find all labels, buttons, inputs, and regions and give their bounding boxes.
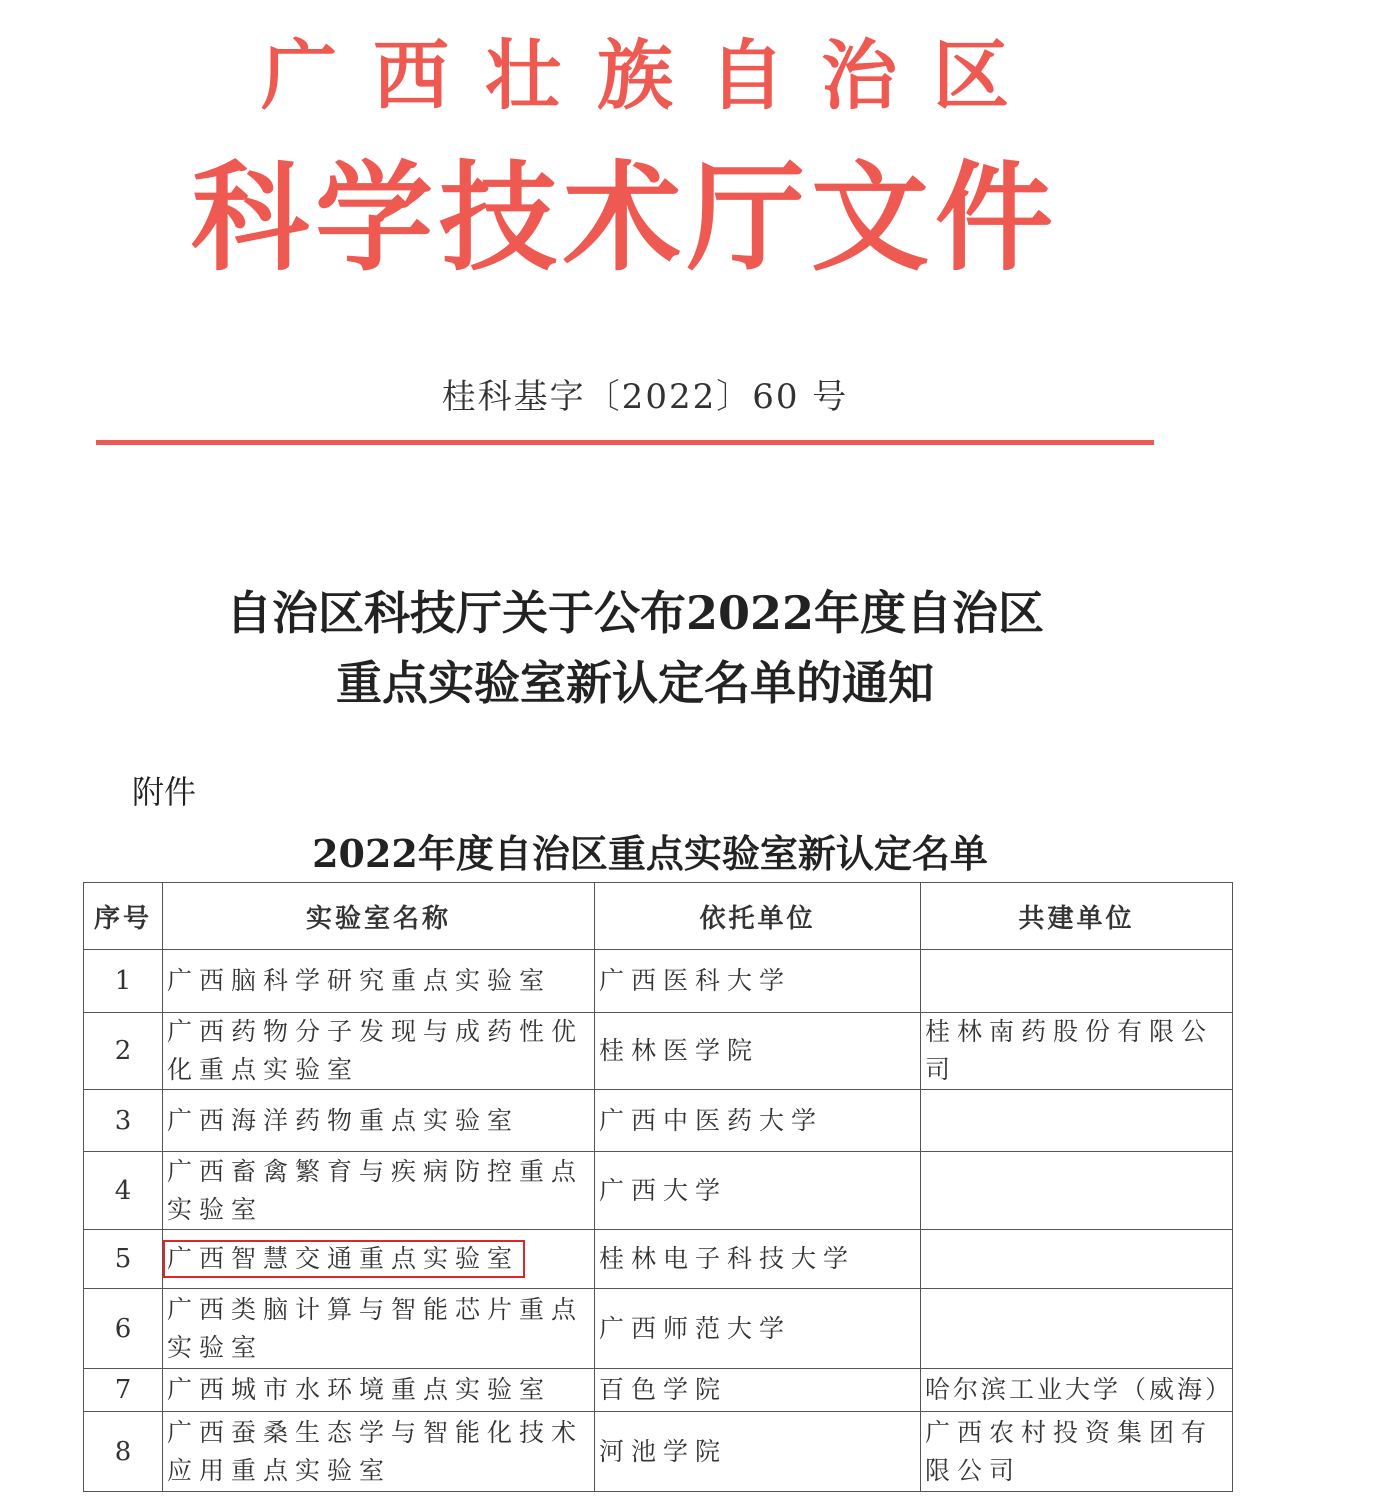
highlighted-lab-name: 广西智慧交通重点实验室 <box>163 1240 525 1278</box>
table-row-highlighted: 5 广西智慧交通重点实验室 桂林电子科技大学 <box>84 1230 1233 1289</box>
host-unit: 广西大学 <box>595 1152 921 1230</box>
row-number: 8 <box>84 1412 163 1492</box>
list-title: 2022年度自治区重点实验室新认定名单 <box>150 826 1150 882</box>
host-unit: 广西医科大学 <box>595 950 921 1013</box>
lab-name: 广西类脑计算与智能芯片重点实验室 <box>163 1289 595 1369</box>
host-unit: 桂林电子科技大学 <box>595 1230 921 1289</box>
row-number: 5 <box>84 1230 163 1289</box>
lab-list-table: 序号 实验室名称 依托单位 共建单位 1 广西脑科学研究重点实验室 广西医科大学… <box>83 882 1233 1492</box>
lab-name: 广西城市水环境重点实验室 <box>163 1369 595 1412</box>
lab-name: 广西药物分子发现与成药性优化重点实验室 <box>163 1013 595 1090</box>
issuing-authority-heading: 广西壮族自治区 <box>0 28 1278 124</box>
host-unit: 百色学院 <box>595 1369 921 1412</box>
table-row: 2 广西药物分子发现与成药性优化重点实验室 桂林医学院 桂林南药股份有限公司 <box>84 1013 1233 1090</box>
column-header-lab-name: 实验室名称 <box>163 883 595 950</box>
red-divider-rule <box>96 440 1154 445</box>
table-row: 6 广西类脑计算与智能芯片重点实验室 广西师范大学 <box>84 1289 1233 1369</box>
lab-name: 广西畜禽繁育与疾病防控重点实验室 <box>163 1152 595 1230</box>
row-number: 1 <box>84 950 163 1013</box>
row-number: 6 <box>84 1289 163 1369</box>
row-number: 3 <box>84 1090 163 1152</box>
row-number: 7 <box>84 1369 163 1412</box>
partner-unit: 哈尔滨工业大学（威海） <box>921 1369 1233 1412</box>
table-row: 4 广西畜禽繁育与疾病防控重点实验室 广西大学 <box>84 1152 1233 1230</box>
row-number: 2 <box>84 1013 163 1090</box>
partner-unit <box>921 1090 1233 1152</box>
table-row: 8 广西蚕桑生态学与智能化技术应用重点实验室 河池学院 广西农村投资集团有限公司 <box>84 1412 1233 1492</box>
partner-unit <box>921 1230 1233 1289</box>
lab-name-cell: 广西智慧交通重点实验室 <box>163 1230 595 1289</box>
document-type-heading: 科学技术厅文件 <box>0 148 1250 288</box>
partner-unit <box>921 1152 1233 1230</box>
host-unit: 广西师范大学 <box>595 1289 921 1369</box>
table-header-row: 序号 实验室名称 依托单位 共建单位 <box>84 883 1233 950</box>
column-header-no: 序号 <box>84 883 163 950</box>
lab-name: 广西海洋药物重点实验室 <box>163 1090 595 1152</box>
partner-unit <box>921 1289 1233 1369</box>
column-header-partner-unit: 共建单位 <box>921 883 1233 950</box>
table-row: 1 广西脑科学研究重点实验室 广西医科大学 <box>84 950 1233 1013</box>
row-number: 4 <box>84 1152 163 1230</box>
host-unit: 广西中医药大学 <box>595 1090 921 1152</box>
partner-unit <box>921 950 1233 1013</box>
notice-title-line-2: 重点实验室新认定名单的通知 <box>150 648 1120 718</box>
host-unit: 河池学院 <box>595 1412 921 1492</box>
column-header-host-unit: 依托单位 <box>595 883 921 950</box>
host-unit: 桂林医学院 <box>595 1013 921 1090</box>
lab-name: 广西脑科学研究重点实验室 <box>163 950 595 1013</box>
lab-name: 广西蚕桑生态学与智能化技术应用重点实验室 <box>163 1412 595 1492</box>
attachment-label: 附件 <box>132 768 196 816</box>
table-row: 7 广西城市水环境重点实验室 百色学院 哈尔滨工业大学（威海） <box>84 1369 1233 1412</box>
partner-unit: 桂林南药股份有限公司 <box>921 1013 1233 1090</box>
notice-title-line-1: 自治区科技厅关于公布2022年度自治区 <box>150 578 1120 648</box>
partner-unit: 广西农村投资集团有限公司 <box>921 1412 1233 1492</box>
document-number: 桂科基字〔2022〕60 号 <box>0 372 1290 422</box>
notice-title: 自治区科技厅关于公布2022年度自治区 重点实验室新认定名单的通知 <box>150 578 1120 718</box>
table-row: 3 广西海洋药物重点实验室 广西中医药大学 <box>84 1090 1233 1152</box>
